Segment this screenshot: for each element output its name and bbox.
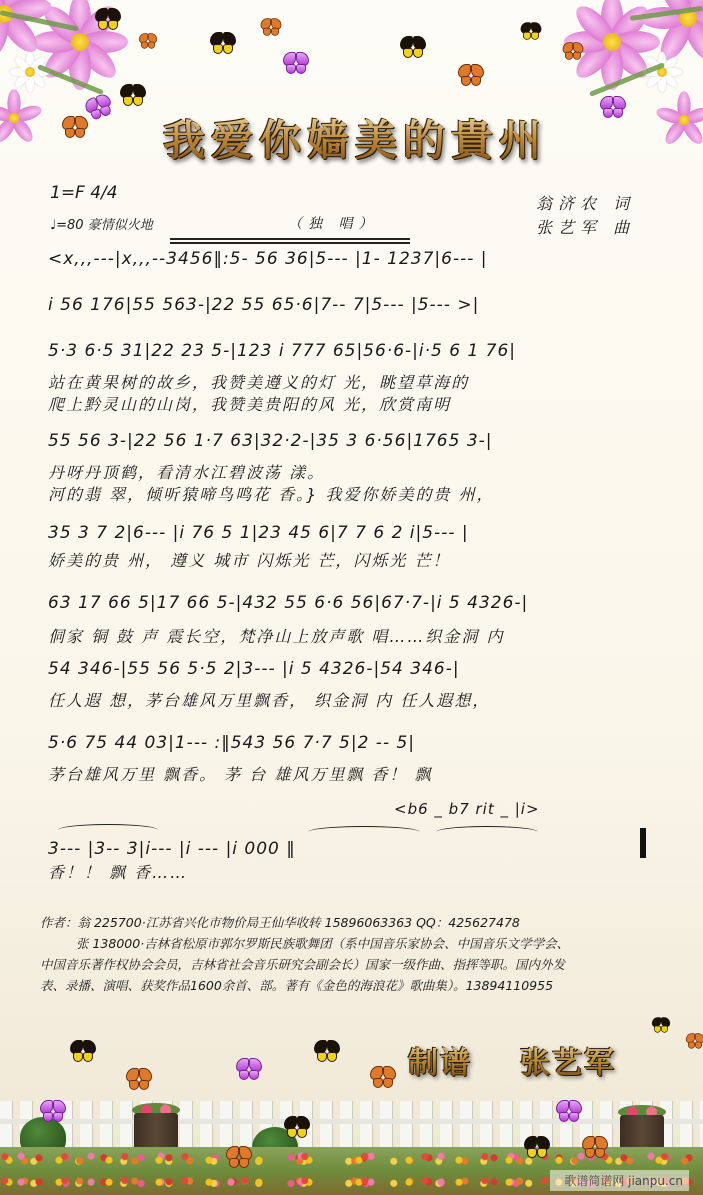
transcriber-label: 制谱 (408, 1038, 472, 1082)
butterfly-icon (314, 1040, 340, 1062)
beam-line (170, 238, 410, 240)
butterfly-icon (400, 36, 426, 58)
butterfly-icon (70, 1040, 96, 1062)
butterfly-icon (458, 64, 484, 86)
flower-pot (134, 1113, 178, 1151)
key-signature: 1=F 4/4 (50, 183, 118, 203)
butterfly-icon (139, 33, 157, 48)
lyrics-line: 香！！ 飘 香…… (48, 862, 658, 884)
butterfly-icon (226, 1146, 252, 1168)
butterfly-icon (283, 52, 309, 74)
author-info-line: 中国音乐著作权协会会员，吉林省社会音乐研究会副会长）国家一级作曲、指挥等职。国内… (40, 954, 680, 975)
lyrics-verse-2: 河的翡 翠，倾听猿啼鸟鸣花 香。} 我爱你娇美的贵 州， (48, 484, 658, 506)
notation-row-3: 5·3 6·5 31|22 23 5-|123 i 777 65|56·6-|i… (48, 338, 658, 364)
butterfly-icon (521, 22, 542, 40)
notation-row-8: 5·6 75 44 03|1--- :‖543 56 7·7 5|2 -- 5| (48, 730, 658, 756)
butterfly-icon (600, 96, 626, 118)
lyrics-verse-1: 丹呀丹顶鹤，看清水江碧波荡 漾。 (48, 462, 658, 484)
butterfly-icon (370, 1066, 396, 1088)
composer-credit: 张艺军 曲 (536, 216, 635, 240)
butterfly-icon (126, 1068, 152, 1090)
notation-row-5: 35 3 7 2|6--- |i 76 5 1|23 45 6|7 7 6 2 … (48, 520, 658, 546)
lyrics-verse-1: 站在黄果树的故乡，我赞美遵义的灯 光，眺望草海的 (48, 372, 658, 394)
notation-row-2: i 56 176|55 563-|22 55 65·6|7-- 7|5--- |… (48, 292, 658, 318)
notation-row-6: 63 17 66 5|17 66 5-|432 55 6·6 56|67·7-|… (48, 590, 658, 616)
transcriber-name: 张艺军 (520, 1038, 616, 1082)
butterfly-icon (261, 18, 282, 36)
site-watermark: 歌谱简谱网 jianpu.cn (550, 1170, 689, 1191)
butterfly-icon (120, 84, 146, 106)
lyrics-line: 侗家 铜 鼓 声 震长空，梵净山上放声歌 唱……织金洞 内 (48, 626, 658, 648)
lyrics-line: 娇美的贵 州， 遵义 城市 闪烁光 芒，闪烁光 芒！ (48, 550, 658, 572)
notation-row-7: 54 346-|55 56 5·5 2|3--- |i 5 4326-|54 3… (48, 656, 658, 682)
notation-row-4: 55 56 3-|22 56 1·7 63|32·2-|35 3 6·56|17… (48, 428, 658, 454)
beam-line (170, 242, 410, 244)
butterfly-icon (40, 1100, 66, 1122)
song-title: 我爱你嫱美的貴州 (140, 108, 570, 168)
author-info-line: 表、录播、演唱、获奖作品1600余首、部。著有《金色的海浪花》歌曲集）。1389… (40, 975, 680, 996)
butterfly-icon (236, 1058, 262, 1080)
butterfly-icon (686, 1033, 703, 1048)
tempo-marking: ♩=80 豪情似火地 (50, 214, 153, 233)
butterfly-icon (62, 116, 88, 138)
butterfly-icon (652, 1017, 670, 1032)
slur-mark (58, 824, 158, 836)
credits: 翁济农 词 张艺军 曲 (536, 192, 635, 240)
butterfly-icon (582, 1136, 608, 1158)
butterfly-icon (556, 1100, 582, 1122)
lyricist-credit: 翁济农 词 (536, 192, 635, 216)
author-info-line: 作者：翁 225700·江苏省兴化市物价局王仙华收转 15896063363 Q… (40, 912, 680, 933)
notation-row-9: 3--- |3-- 3|i--- |i --- |i 000 ‖ (48, 836, 658, 862)
butterfly-icon (284, 1116, 310, 1138)
author-info-line: 张 138000·吉林省松原市郭尔罗斯民族歌舞团（系中国音乐家协会、中国音乐文学… (40, 933, 680, 954)
butterfly-icon (95, 8, 121, 30)
notation-row-1: <x,,,---|x,,,--3456‖:5- 56 36|5--- |1- 1… (48, 246, 658, 272)
lyrics-line: 任人遐 想，茅台雄风万里飘香， 织金洞 内 任人遐想， (48, 690, 658, 712)
butterfly-icon (210, 32, 236, 54)
fence-rail (0, 1119, 703, 1124)
ossia-line: <b6 _ b7 rit _ |i> (394, 796, 594, 822)
butterfly-icon (524, 1136, 550, 1158)
author-info: 作者：翁 225700·江苏省兴化市物价局王仙华收转 15896063363 Q… (40, 912, 680, 996)
butterfly-icon (563, 42, 584, 60)
final-barline (640, 828, 646, 858)
section-label: （独 唱） (288, 213, 378, 233)
lyrics-line: 茅台雄风万里 飘香。 茅 台 雄风万里飘 香！ 飘 (48, 764, 658, 786)
lyrics-verse-2: 爬上黔灵山的山岗，我赞美贵阳的风 光，欣赏南明 (48, 394, 658, 416)
